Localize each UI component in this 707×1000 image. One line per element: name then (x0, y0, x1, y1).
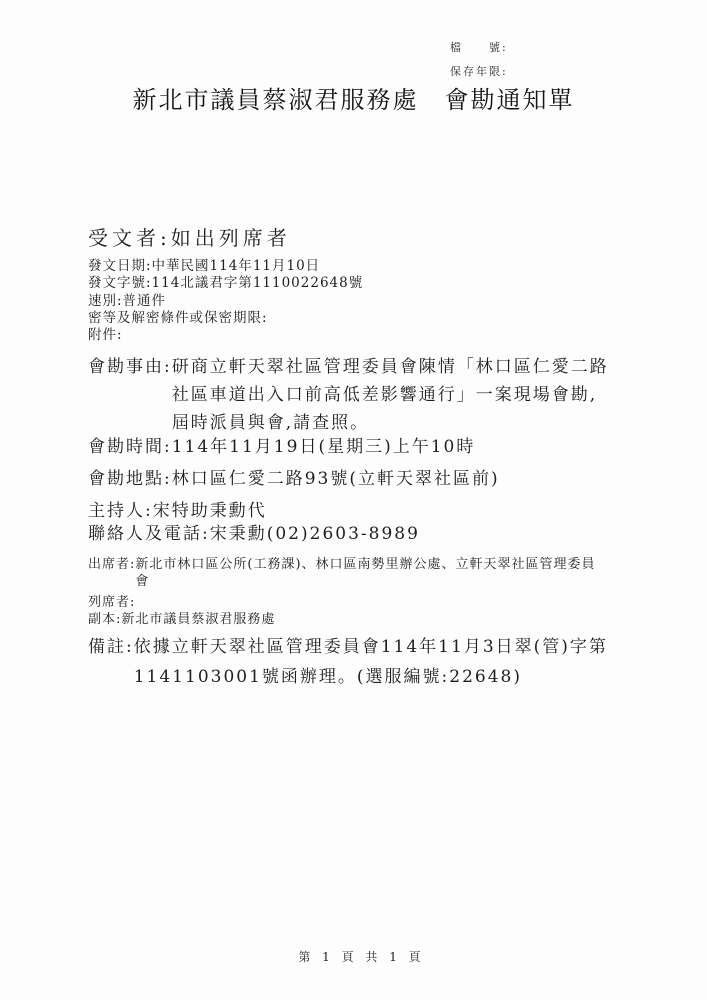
remarks-line: 依據立軒天翠社區管理委員會114年11月3日翠(管)字第 (134, 632, 608, 662)
inspection-time-line: 會勘時間:114年11月19日(星期三)上午10時 (88, 432, 475, 457)
remarks-label: 備註: (88, 632, 134, 662)
attendees-block: 出席者: 新北市林口區公所(工務課)、林口區南勢里辦公處、立軒天翠社區管理委員 … (88, 556, 596, 590)
subject-line: 社區車道出入口前高低差影響通行」一案現場會勘, (172, 381, 609, 409)
contact-line: 聯絡人及電話:宋秉勳(02)2603-8989 (88, 519, 420, 544)
subject-content: 研商立軒天翠社區管理委員會陳情「林口區仁愛二路 社區車道出入口前高低差影響通行」… (172, 353, 609, 437)
remarks-block: 備註: 依據立軒天翠社區管理委員會114年11月3日翠(管)字第 1141103… (88, 632, 608, 692)
remarks-content: 依據立軒天翠社區管理委員會114年11月3日翠(管)字第 1141103001號… (134, 632, 608, 692)
attendees-line: 新北市林口區公所(工務課)、林口區南勢里辦公處、立軒天翠社區管理委員 (135, 556, 595, 573)
subject-line: 研商立軒天翠社區管理委員會陳情「林口區仁愛二路 (172, 353, 609, 381)
file-number-label: 檔 號: (450, 36, 508, 60)
attendees-label: 出席者: (88, 556, 135, 573)
document-title: 新北市議員蔡淑君服務處 會勘通知單 (0, 80, 707, 115)
copy-to-line: 副本:新北市議員蔡淑君服務處 (88, 608, 275, 627)
file-number-block: 檔 號: 保存年限: (450, 36, 508, 84)
attendees-line: 會 (135, 573, 595, 590)
security-line: 密等及解密條件或保密期限: (88, 310, 363, 327)
recipient-line: 受文者:如出列席者 (88, 222, 291, 251)
meta-block: 發文日期:中華民國114年11月10日 發文字號:114北議君字第1110022… (88, 258, 363, 344)
inspection-subject-block: 會勘事由: 研商立軒天翠社區管理委員會陳情「林口區仁愛二路 社區車道出入口前高低… (88, 353, 609, 437)
subject-label: 會勘事由: (88, 353, 172, 381)
host-line: 主持人:宋特助秉勳代 (88, 496, 267, 521)
attendees-content: 新北市林口區公所(工務課)、林口區南勢里辦公處、立軒天翠社區管理委員 會 (135, 556, 595, 590)
page-footer: 第 1 頁 共 1 頁 (0, 948, 707, 965)
inspection-location-line: 會勘地點:林口區仁愛二路93號(立軒天翠社區前) (88, 464, 500, 489)
doc-number-line: 發文字號:114北議君字第1110022648號 (88, 275, 363, 292)
document-page: 檔 號: 保存年限: 新北市議員蔡淑君服務處 會勘通知單 受文者:如出列席者 發… (0, 0, 707, 1000)
priority-line: 速別:普通件 (88, 293, 363, 310)
remarks-line: 1141103001號函辦理。(選服編號:22648) (134, 662, 608, 692)
attachment-line: 附件: (88, 327, 363, 344)
issue-date-line: 發文日期:中華民國114年11月10日 (88, 258, 363, 275)
